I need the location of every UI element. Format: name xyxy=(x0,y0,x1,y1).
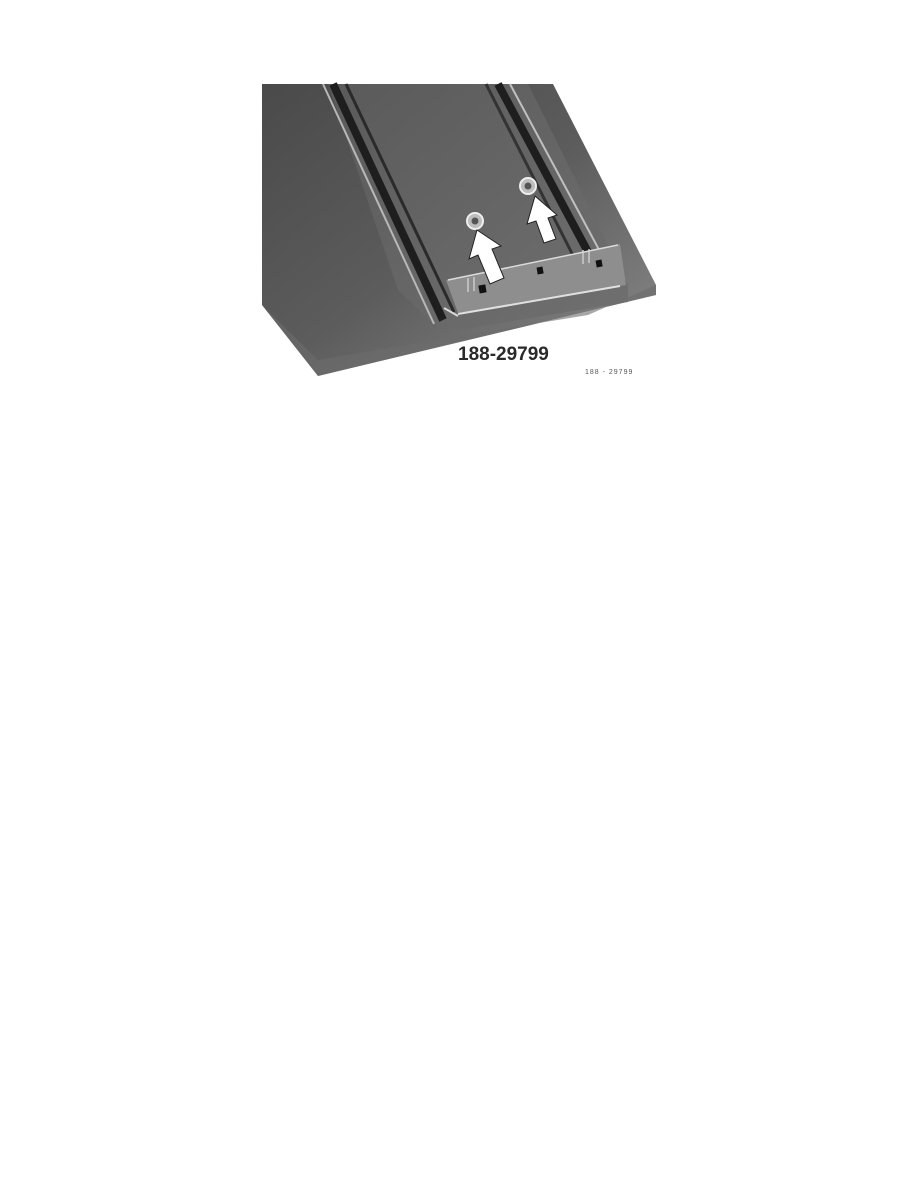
arrow-up-icon xyxy=(527,196,557,243)
figure-photo: 188-29799 188 - 29799 xyxy=(258,80,658,380)
figure-label: 188-29799 xyxy=(458,344,549,366)
screw-icon xyxy=(520,178,536,194)
screw-icon xyxy=(467,213,483,229)
figure-code: 188 - 29799 xyxy=(585,369,633,376)
arrow-up-icon xyxy=(469,230,504,284)
